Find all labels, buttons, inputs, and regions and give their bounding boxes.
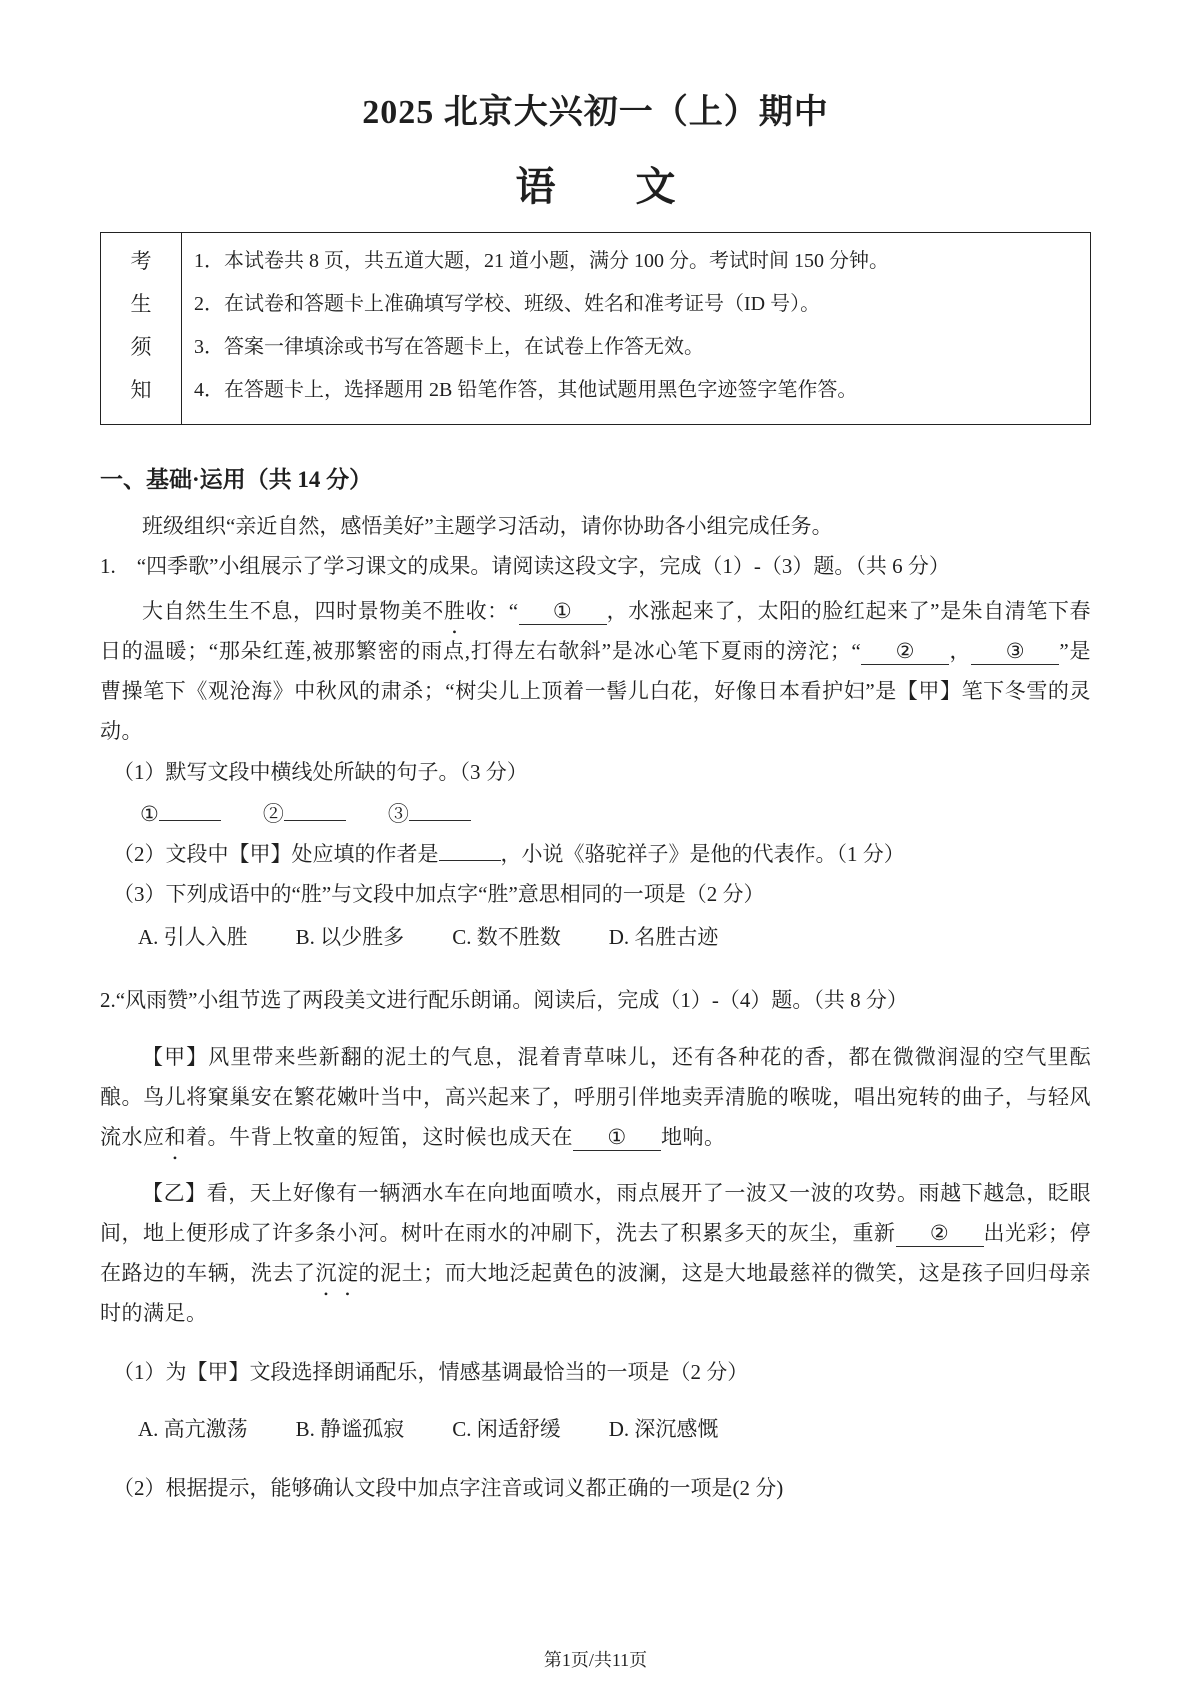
notice-item: 3．答案一律填涂或书写在答题卡上，在试卷上作答无效。 bbox=[194, 326, 1080, 369]
blank-underline: ① bbox=[519, 599, 607, 625]
blank-underline bbox=[409, 820, 471, 821]
text-run: ② bbox=[263, 802, 284, 826]
question2-choice-row: A. 高亢激荡 B. 静谧孤寂 C. 闲适舒缓 D. 深沉感慨 bbox=[100, 1415, 1091, 1443]
notice-item: 4．在答题卡上，选择题用 2B 铅笔作答，其他试题用黑色字迹签字笔作答。 bbox=[194, 369, 1080, 412]
text-run: ， bbox=[949, 639, 971, 663]
text-run bbox=[221, 802, 263, 826]
question2-passage-yi: 【乙】看，天上好像有一辆洒水车在向地面喷水，雨点展开了一波又一波的攻势。雨越下越… bbox=[100, 1173, 1091, 1333]
question2-lead: 2.“风雨赞”小组节选了两段美文进行配乐朗诵。阅读后，完成（1）-（4）题。（共… bbox=[100, 985, 1091, 1015]
notice-item: 1．本试卷共 8 页，共五道大题，21 道小题，满分 100 分。考试时间 15… bbox=[194, 240, 1080, 283]
choice-d: D. 名胜古迹 bbox=[609, 923, 719, 951]
notice-side-char: 须 bbox=[101, 326, 181, 369]
question2-passage-jia: 【甲】风里带来些新翻的泥土的气息，混着青草味儿，还有各种花的香，都在微微润湿的空… bbox=[100, 1037, 1091, 1157]
notice-item: 2．在试卷和答题卡上准确填写学校、班级、姓名和准考证号（ID 号）。 bbox=[194, 283, 1080, 326]
notice-side-char: 生 bbox=[101, 283, 181, 326]
blank-underline: ② bbox=[861, 639, 949, 665]
section-intro: 班级组织“亲近自然，感悟美好”主题学习活动，请你协助各小组完成任务。 bbox=[100, 511, 1091, 541]
text-run: 地响。 bbox=[661, 1125, 726, 1149]
blank-underline bbox=[159, 820, 221, 821]
question1-passage: 大自然生生不息，四时景物美不胜收：“①，水涨起来了，太阳的脸红起来了”是朱自清笔… bbox=[100, 591, 1091, 751]
text-run: ，小说《骆驼祥子》是他的代表作。（1 分） bbox=[501, 842, 905, 866]
blank-underline: ② bbox=[896, 1221, 984, 1247]
choice-c: C. 数不胜数 bbox=[452, 923, 561, 951]
choice-a: A. 引人入胜 bbox=[138, 923, 248, 951]
text-run: 收：“ bbox=[466, 599, 519, 623]
emphasized-char: 淀 bbox=[337, 1253, 359, 1293]
choice-c: C. 闲适舒缓 bbox=[452, 1415, 561, 1443]
question1-sub1-blanks: ① ② ③ bbox=[100, 799, 1091, 829]
blank-underline bbox=[284, 820, 346, 821]
notice-side-char: 考 bbox=[101, 240, 181, 283]
notice-body: 1．本试卷共 8 页，共五道大题，21 道小题，满分 100 分。考试时间 15… bbox=[182, 233, 1091, 425]
emphasized-char: 胜 bbox=[444, 591, 466, 631]
text-run: （2）文段中【甲】处应填的作者是 bbox=[113, 842, 439, 866]
question1-sub1: （1）默写文段中横线处所缺的句子。（3 分） bbox=[100, 757, 1091, 787]
notice-side-label: 考 生 须 知 bbox=[101, 233, 182, 425]
blank-underline: ③ bbox=[971, 639, 1059, 665]
blank-underline bbox=[439, 860, 501, 861]
choice-d: D. 深沉感慨 bbox=[609, 1415, 719, 1443]
question1-sub2: （2）文段中【甲】处应填的作者是，小说《骆驼祥子》是他的代表作。（1 分） bbox=[100, 839, 1091, 869]
text-run: 着。牛背上牧童的短笛，这时候也成天在 bbox=[186, 1125, 573, 1149]
section-heading: 一、基础·运用（共 14 分） bbox=[100, 465, 1091, 495]
choice-a: A. 高亢激荡 bbox=[138, 1415, 248, 1443]
notice-side-char: 知 bbox=[101, 369, 181, 412]
text-run: 大自然生生不息，四时景物美不 bbox=[142, 599, 444, 623]
question1-lead: 1. “四季歌”小组展示了学习课文的成果。请阅读这段文字，完成（1）-（3）题。… bbox=[100, 551, 1091, 581]
text-run: ① bbox=[140, 802, 159, 826]
emphasized-char: 沉 bbox=[315, 1253, 337, 1293]
text-run: ③ bbox=[388, 802, 409, 826]
page-number: 第1页/共11页 bbox=[0, 1646, 1191, 1672]
subject-title: 语 文 bbox=[100, 155, 1091, 212]
choice-b: B. 以少胜多 bbox=[296, 923, 405, 951]
text-run bbox=[346, 802, 388, 826]
exam-paper-page: 2025 北京大兴初一（上）期中 语 文 考 生 须 知 1．本试卷共 8 页，… bbox=[0, 0, 1191, 1684]
question2-sub2: （2）根据提示，能够确认文段中加点字注音或词义都正确的一项是(2 分) bbox=[100, 1473, 1091, 1503]
question2-sub1: （1）为【甲】文段选择朗诵配乐，情感基调最恰当的一项是（2 分） bbox=[100, 1357, 1091, 1387]
choice-b: B. 静谧孤寂 bbox=[296, 1415, 405, 1443]
blank-underline: ① bbox=[573, 1125, 661, 1151]
emphasized-char: 和 bbox=[165, 1117, 187, 1157]
question1-sub3: （3）下列成语中的“胜”与文段中加点字“胜”意思相同的一项是（2 分） bbox=[100, 879, 1091, 909]
notice-table: 考 生 须 知 1．本试卷共 8 页，共五道大题，21 道小题，满分 100 分… bbox=[100, 232, 1091, 425]
page-title: 2025 北京大兴初一（上）期中 bbox=[100, 0, 1091, 133]
question1-choice-row: A. 引人入胜 B. 以少胜多 C. 数不胜数 D. 名胜古迹 bbox=[100, 923, 1091, 951]
